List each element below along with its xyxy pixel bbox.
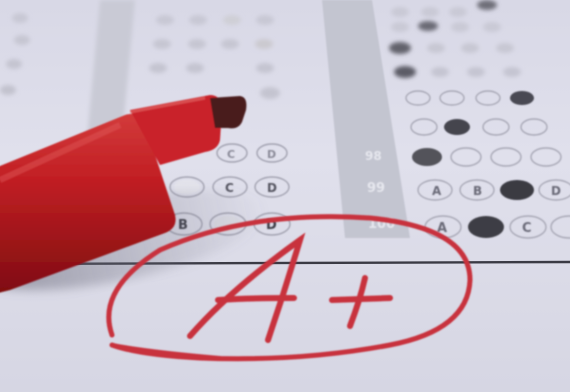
svg-text:B: B bbox=[473, 184, 482, 198]
photo-illustration: 98 99 100 bbox=[0, 0, 570, 392]
svg-text:D: D bbox=[267, 148, 276, 161]
svg-text:C: C bbox=[522, 221, 532, 236]
svg-text:C: C bbox=[227, 148, 235, 161]
svg-text:98: 98 bbox=[365, 149, 382, 163]
svg-text:D: D bbox=[551, 184, 561, 198]
svg-text:D: D bbox=[267, 181, 277, 195]
number-column-right: 98 99 100 bbox=[322, 0, 410, 238]
answer-sheet-photo: 98 99 100 bbox=[0, 0, 570, 392]
svg-text:A: A bbox=[432, 184, 442, 198]
right-answer-grid: A B D A C bbox=[389, 0, 570, 238]
grade-a-plus bbox=[190, 240, 390, 340]
svg-text:99: 99 bbox=[367, 181, 385, 196]
